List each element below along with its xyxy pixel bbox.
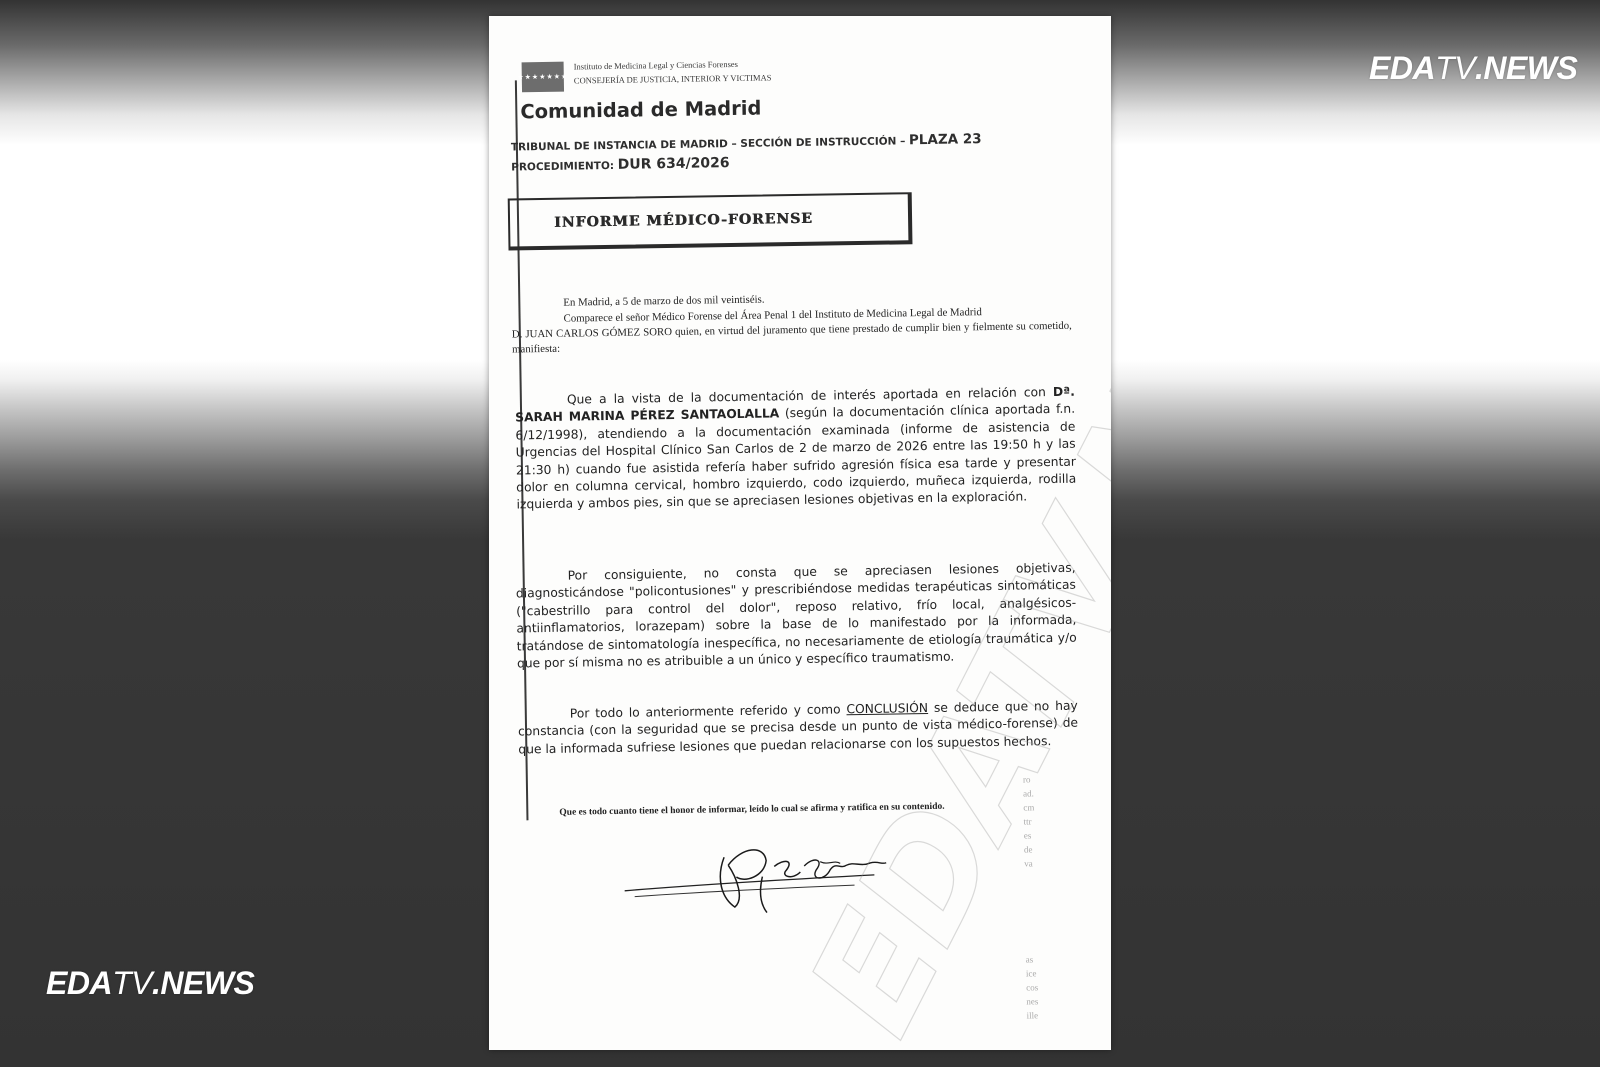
scanned-document: ★★★★★★★ Instituto de Medicina Legal y Ci… xyxy=(489,16,1111,1050)
bleed-through-text: as ice cos nes ille xyxy=(1026,952,1039,1022)
procedure-label: PROCEDIMIENTO: xyxy=(511,160,618,174)
signature-icon xyxy=(624,835,895,919)
tribunal-line: TRIBUNAL DE INSTANCIA DE MADRID – SECCIÓ… xyxy=(511,131,982,154)
tribunal-name: TRIBUNAL DE INSTANCIA DE MADRID – SECCIÓ… xyxy=(511,135,909,153)
department-name: CONSEJERÍA DE JUSTICIA, INTERIOR Y VICTI… xyxy=(574,72,772,85)
closing-statement: Que es todo cuanto tiene el honor de inf… xyxy=(559,800,944,821)
stars-icon: ★★★★★★★ xyxy=(517,73,568,81)
report-title: INFORME MÉDICO-FORENSE xyxy=(554,211,813,231)
comunidad-madrid-flag-icon: ★★★★★★★ xyxy=(522,62,564,93)
brand-part: TV xyxy=(112,965,152,1001)
document-content: ★★★★★★★ Instituto de Medicina Legal y Ci… xyxy=(489,16,1111,1050)
brand-part: TV xyxy=(1435,50,1475,86)
brand-logo-top: EDATV.NEWS xyxy=(1369,50,1577,87)
brand-part: EDA xyxy=(1369,50,1435,86)
findings-paragraph: Que a la vista de la documentación de in… xyxy=(515,384,1077,515)
conclusion-keyword: CONCLUSIÓN xyxy=(846,701,928,716)
diagnosis-paragraph: Por consiguiente, no consta que se aprec… xyxy=(516,560,1078,673)
procedure-number: DUR 634/2026 xyxy=(618,155,730,173)
institute-name: Instituto de Medicina Legal y Ciencias F… xyxy=(574,59,738,72)
intro-paragraph: Comparece el señor Médico Forense del Ár… xyxy=(512,304,1073,358)
brand-part: .NEWS xyxy=(152,965,254,1001)
bleed-through-text: ro ad. cm ttr es de va xyxy=(1023,772,1036,870)
paragraph-text: Por todo lo anteriormente referido y com… xyxy=(570,702,847,720)
date-line: En Madrid, a 5 de marzo de dos mil veint… xyxy=(563,293,764,311)
region-title: Comunidad de Madrid xyxy=(520,97,761,124)
report-title-box: INFORME MÉDICO-FORENSE xyxy=(508,192,913,250)
conclusion-paragraph: Por todo lo anteriormente referido y com… xyxy=(518,698,1079,759)
brand-part: .NEWS xyxy=(1475,50,1577,86)
brand-logo-bottom: EDATV.NEWS xyxy=(46,965,254,1002)
procedure-line: PROCEDIMIENTO: DUR 634/2026 xyxy=(511,155,730,174)
brand-part: EDA xyxy=(46,965,112,1001)
paragraph-text: Por consiguiente, no consta que se aprec… xyxy=(516,561,1077,671)
tribunal-plaza: PLAZA 23 xyxy=(909,131,982,148)
